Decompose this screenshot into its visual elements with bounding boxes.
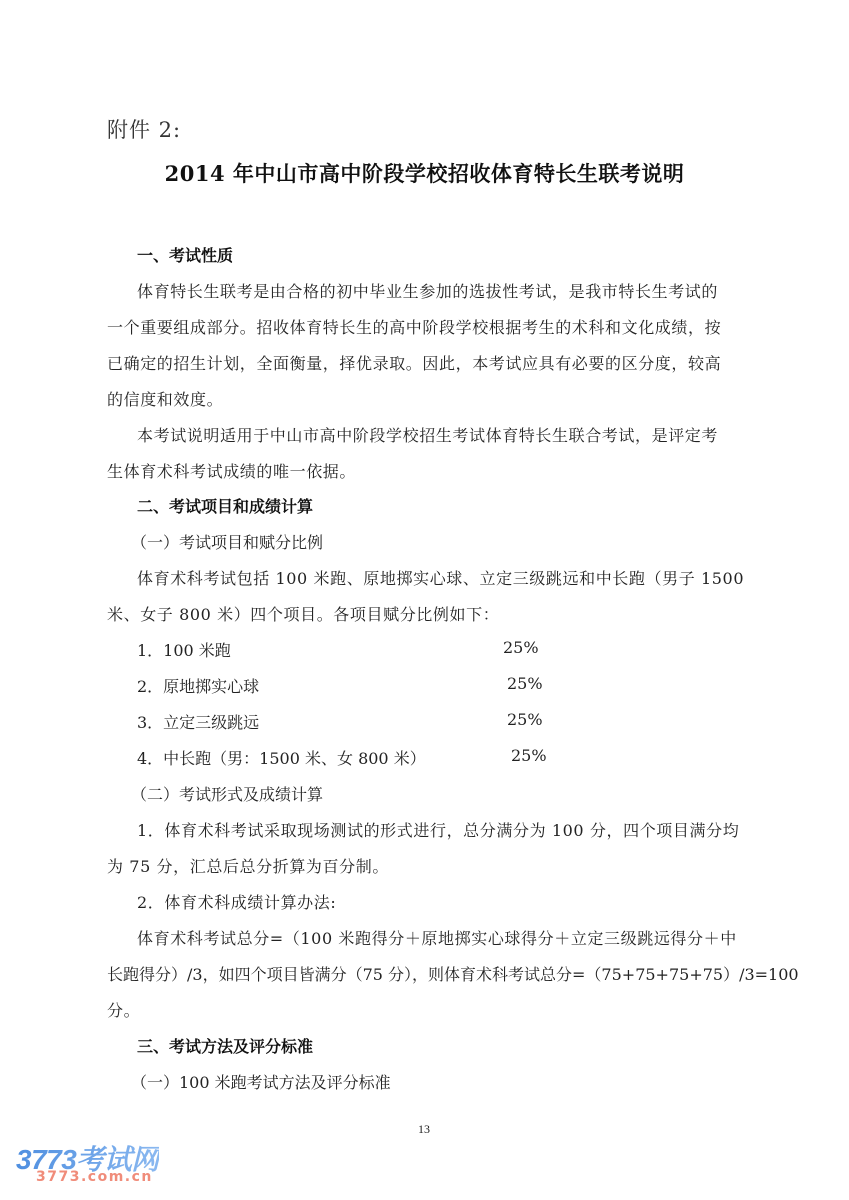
annex-label: 附件 2:: [107, 114, 181, 144]
subsection-heading: （一）考试项目和赋分比例: [131, 530, 323, 553]
item-weight: 25%: [507, 674, 543, 693]
paragraph-line: 已确定的招生计划，全面衡量，择优录取。因此，本考试应具有必要的区分度，较高: [107, 351, 721, 374]
paragraph-line: 体育术科考试包括 100 米跑、原地掷实心球、立定三级跳远和中长跑（男子 150…: [137, 566, 744, 589]
formula-line: 长跑得分）/3，如四个项目皆满分（75 分），则体育术科考试总分=（75+75+…: [107, 962, 799, 985]
item-label: 1．100 米跑: [137, 638, 231, 661]
paragraph-line: 本考试说明适用于中山市高中阶段学校招生考试体育特长生联合考试，是评定考: [137, 423, 718, 446]
item-weight: 25%: [503, 638, 539, 657]
paragraph-line: 米、女子 800 米）四个项目。各项目赋分比例如下：: [107, 602, 499, 625]
subsection-heading: （二）考试形式及成绩计算: [131, 782, 323, 805]
item-weight: 25%: [511, 746, 547, 765]
watermark-url: 3773.com.cn: [36, 1169, 153, 1185]
item-label: 3．立定三级跳远: [137, 710, 259, 733]
item-label: 4．中长跑（男：1500 米、女 800 米）: [137, 746, 426, 769]
paragraph-line: 1．体育术科考试采取现场测试的形式进行，总分满分为 100 分，四个项目满分均: [137, 818, 739, 841]
section-heading-3: 三、考试方法及评分标准: [137, 1034, 313, 1057]
subsection-heading: （一）100 米跑考试方法及评分标准: [131, 1070, 391, 1093]
page-number: 13: [418, 1122, 430, 1137]
section-heading-1: 一、考试性质: [137, 243, 233, 266]
paragraph-line: 为 75 分，汇总后总分折算为百分制。: [107, 854, 389, 877]
item-label: 2．原地掷实心球: [137, 674, 259, 697]
section-heading-2: 二、考试项目和成绩计算: [137, 494, 313, 517]
formula-line: 体育术科考试总分=（100 米跑得分＋原地掷实心球得分＋立定三级跳远得分＋中: [137, 926, 737, 949]
item-weight: 25%: [507, 710, 543, 729]
document-title: 2014 年中山市高中阶段学校招收体育特长生联考说明: [0, 158, 849, 188]
paragraph-line: 一个重要组成部分。招收体育特长生的高中阶段学校根据考生的术科和文化成绩，按: [107, 315, 721, 338]
formula-line: 分。: [107, 998, 140, 1021]
paragraph-line: 生体育术科考试成绩的唯一依据。: [107, 459, 356, 482]
paragraph-line: 体育特长生联考是由合格的初中毕业生参加的选拔性考试，是我市特长生考试的: [137, 279, 718, 302]
paragraph-line: 的信度和效度。: [107, 387, 223, 410]
paragraph-line: 2．体育术科成绩计算办法:: [137, 890, 336, 913]
